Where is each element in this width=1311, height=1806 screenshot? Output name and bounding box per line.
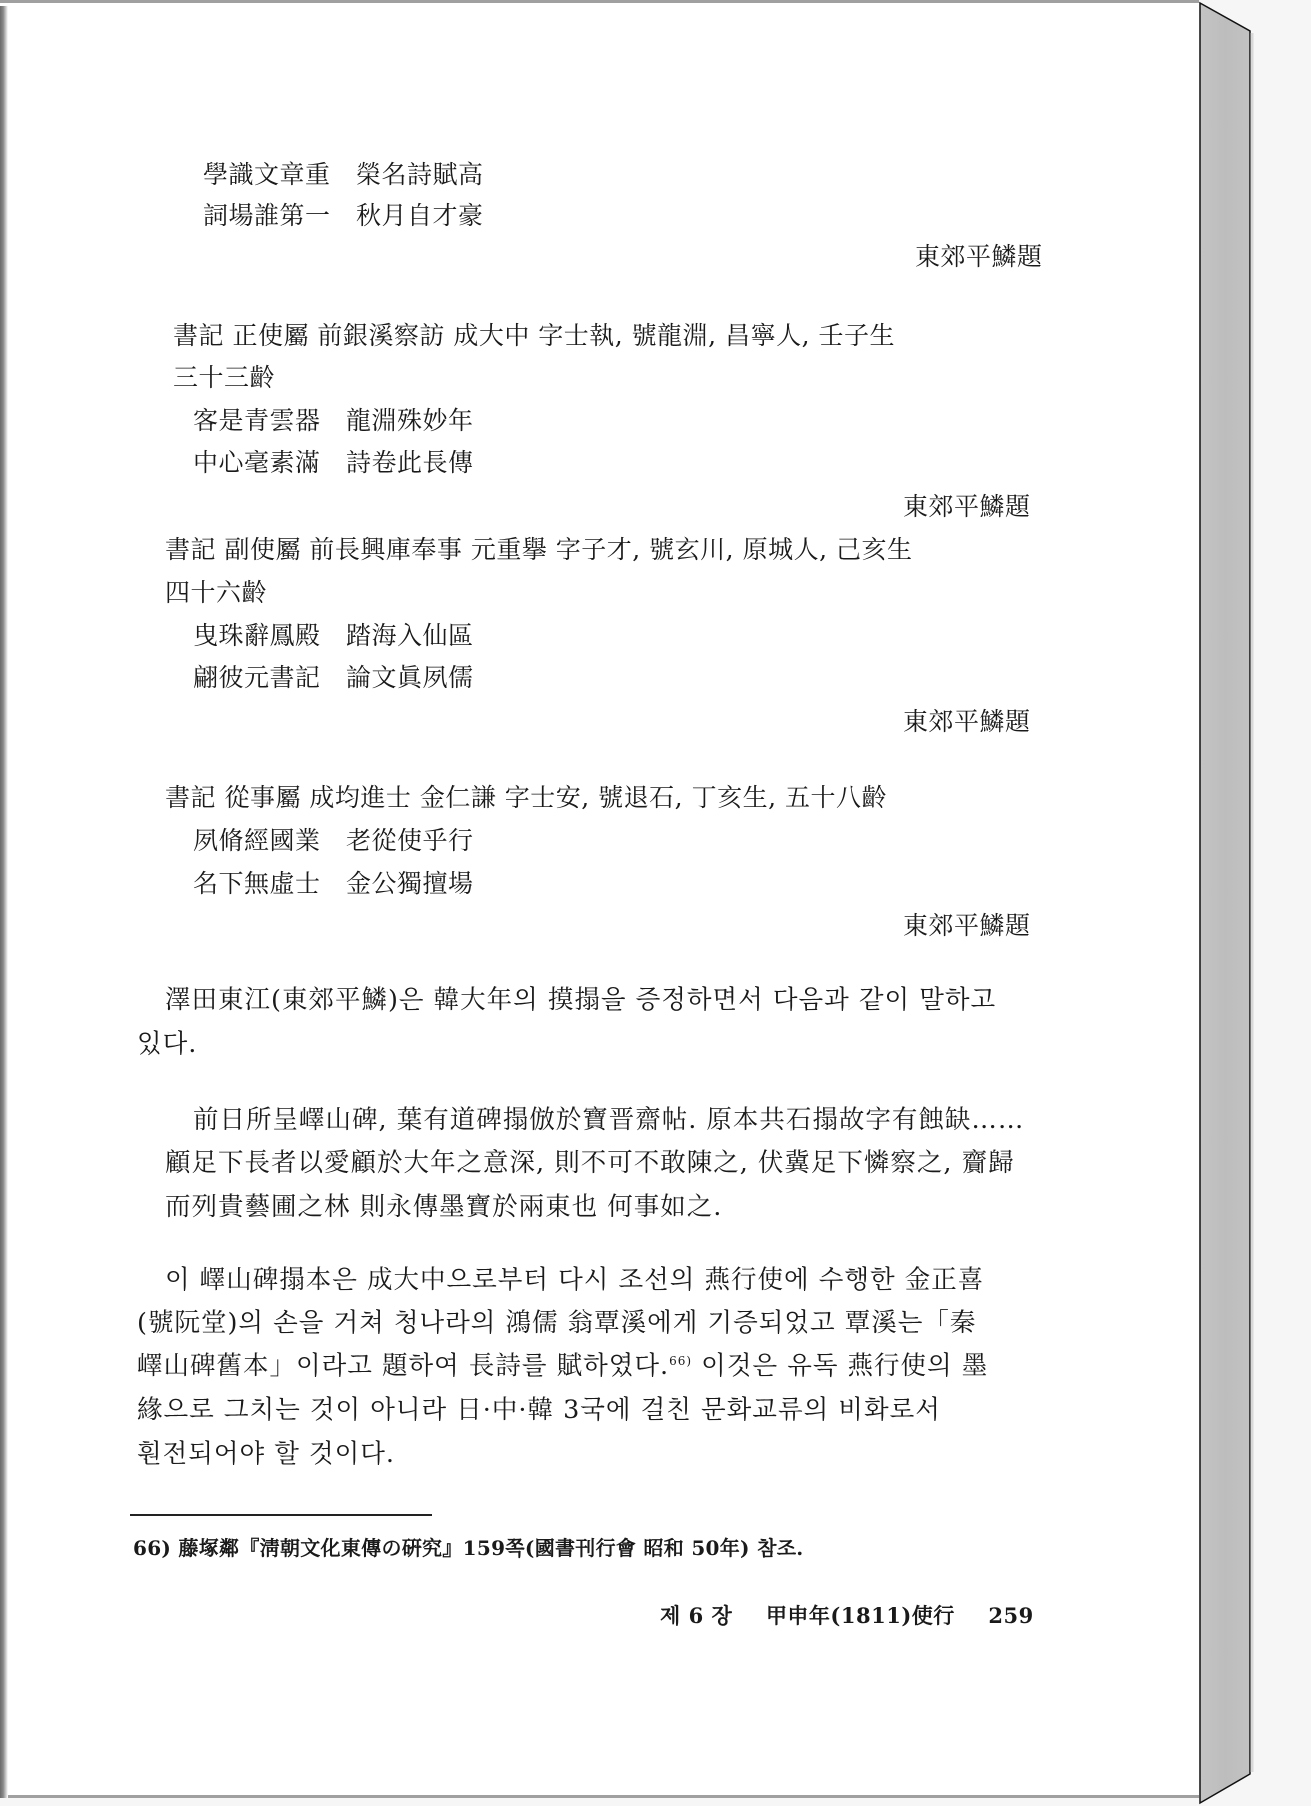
footnote-66: 66) 藤塚鄰『淸朝文化東傳の硏究』159쪽(國書刊行會 昭和 50年) 참조. [133,1533,804,1563]
entry2-poem-line-1: 曳珠辭鳳殿 踏海入仙區 [193,621,474,651]
footnote-ref-66[interactable]: 66) [669,1354,692,1368]
entry3-header: 書記 從事屬 成均進士 金仁謙 字士安, 號退石, 丁亥生, 五十八齡 [165,783,887,813]
page-left-edge [0,6,8,1798]
chapter-label: 제 6 장 [660,1603,732,1628]
paragraph2-line-3-text-a: 嶧山碑舊本」이라고 題하여 長詩를 賦하였다. [137,1351,669,1381]
footnote-divider [130,1514,432,1516]
entry1-signature: 東郊平鱗題 [903,492,1031,522]
entry2-age: 四十六齡 [165,578,267,608]
book-spine-edge [1199,0,1251,1806]
entry2-signature: 東郊平鱗題 [903,707,1031,737]
paragraph2-line-4: 緣으로 그치는 것이 아니라 日·中·韓 3국에 걸친 문화교류의 비화로서 [137,1395,941,1425]
entry1-age: 三十三齡 [173,363,275,393]
book-page: 學識文章重 榮名詩賦高 詞場誰第一 秋月自才豪 東郊平鱗題 書記 正使屬 前銀溪… [0,0,1199,1798]
chapter-title: 甲申年(1811)使行 [766,1603,955,1628]
poem1-line-2: 詞場誰第一 秋月自才豪 [203,201,484,231]
entry1-header: 書記 正使屬 前銀溪察訪 成大中 字士執, 號龍淵, 昌寧人, 壬子生 [173,321,895,351]
entry2-header: 書記 副使屬 前長興庫奉事 元重擧 字子才, 號玄川, 原城人, 己亥生 [165,535,912,565]
entry3-poem-line-1: 夙脩經國業 老從使乎行 [193,826,474,856]
running-footer: 제 6 장 甲申年(1811)使行 259 [660,1601,1034,1631]
entry3-poem-line-2: 名下無虛士 金公獨擅場 [193,869,474,899]
poem1-line-1: 學識文章重 榮名詩賦高 [203,160,484,190]
quote-line-2: 顧足下長者以愛顧於大年之意深, 則不可不敢陳之, 伏冀足下憐察之, 齎歸 [165,1148,1015,1178]
paragraph1-line-2: 있다. [137,1029,197,1059]
paragraph1-line-1: 澤田東江(東郊平鱗)은 韓大年의 摸搨을 증정하면서 다음과 같이 말하고 [165,985,996,1015]
entry1-poem-line-1: 客是青雲器 龍淵殊妙年 [193,406,474,436]
paragraph2-line-2: (號阮堂)의 손을 거쳐 청나라의 鴻儒 翁覃溪에게 기증되었고 覃溪는「秦 [137,1308,976,1338]
entry3-signature: 東郊平鱗題 [903,911,1031,941]
book-spine-shape [1199,0,1259,1806]
entry2-poem-line-2: 翩彼元書記 論文眞夙儒 [193,663,474,693]
quote-line-1: 前日所呈嶧山碑, 葉有道碑搨倣於寶晋齋帖. 原本共石搨故字有蝕缺…… [193,1105,1024,1135]
paragraph2-line-5: 훤전되어야 할 것이다. [137,1439,395,1469]
entry1-poem-line-2: 中心毫素滿 詩卷此長傳 [193,448,474,478]
paragraph2-line-1: 이 嶧山碑搨本은 成大中으로부터 다시 조선의 燕行使에 수행한 金正喜 [165,1265,984,1295]
paragraph2-line-3: 嶧山碑舊本」이라고 題하여 長詩를 賦하였다.66) 이것은 유독 燕行使의 墨 [137,1351,988,1381]
page-number: 259 [988,1603,1033,1628]
quote-line-3: 而列貴藝圃之林 則永傳墨寶於兩東也 何事如之. [165,1192,722,1222]
paragraph2-line-3-text-b: 이것은 유독 燕行使의 墨 [692,1351,988,1381]
poem1-signature: 東郊平鱗題 [915,242,1043,272]
